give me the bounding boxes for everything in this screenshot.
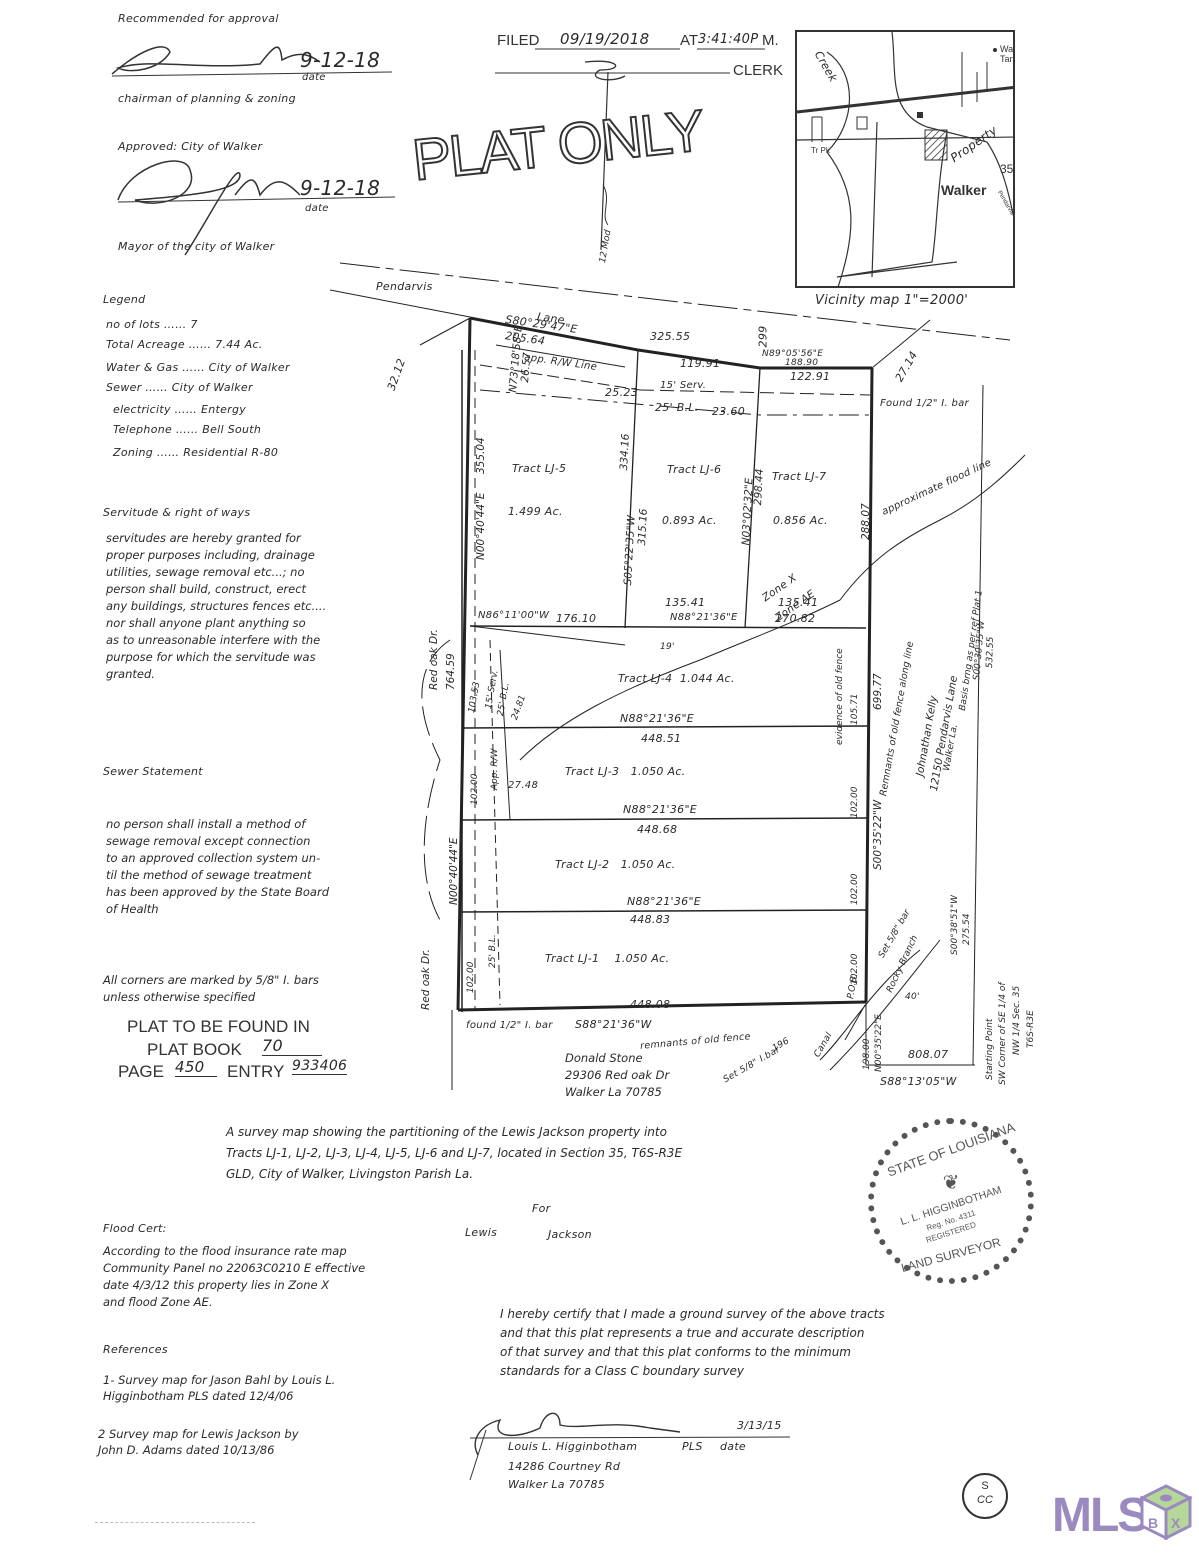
bearing-row-2: N88°21'36"E: [623, 803, 697, 816]
scc-top: S: [964, 1479, 1006, 1493]
reference-line: 1- Survey map for Jason Bahl by Louis L.: [103, 1372, 335, 1388]
street-red-oak-upper: Red oak Dr.: [428, 629, 440, 690]
tract-lj6-acres: 0.893 Ac.: [662, 514, 717, 527]
south-owner-line: Donald Stone: [565, 1050, 669, 1067]
found-bar-ne: Found 1/2" I. bar: [880, 398, 969, 409]
dist-far-right: 275.54: [962, 914, 972, 946]
dist-lj4-top-left: 176.10: [556, 612, 596, 625]
starting-point-1: Starting Point: [985, 1019, 995, 1080]
description-line: Tracts LJ-1, LJ-2, LJ-3, LJ-4, LJ-5, LJ-…: [226, 1143, 682, 1164]
tract-lj4: Tract LJ-4 1.044 Ac.: [618, 672, 735, 685]
dist-right-102-b: 102.00: [850, 874, 860, 906]
bearing-row-3: N88°21'36"E: [627, 895, 701, 908]
description-line: GLD, City of Walker, Livingston Parish L…: [226, 1164, 682, 1185]
street-pendarvis: Pendarvis: [376, 280, 433, 293]
dist-south-ext: 198.00: [862, 1039, 872, 1071]
reference-line: John D. Adams dated 10/13/86: [98, 1442, 299, 1458]
bearing-lj4-top-mid: N88°21'36"E: [670, 612, 738, 623]
south-owner: Donald Stone29306 Red oak DrWalker La 70…: [565, 1050, 669, 1101]
dist-27-48: 27.48: [508, 780, 538, 791]
references-title: References: [103, 1343, 168, 1356]
dist-top-total: 325.55: [650, 330, 690, 343]
bearing-left-side-upper: N00°40'44"E: [475, 492, 487, 560]
surveyor-pls: PLS: [682, 1440, 703, 1453]
certification-line: standards for a Class C boundary survey: [500, 1362, 885, 1381]
bl-25-lower: 25' B.L.: [488, 934, 498, 968]
scc-mark: S CC: [962, 1473, 1008, 1519]
dist-25-23: 25.23: [605, 386, 638, 399]
dist-row-3: 448.83: [630, 913, 670, 926]
surveyor-seal: STATE OF LOUISIANA ❦ L. L. HIGGINBOTHAM …: [868, 1118, 1034, 1284]
surveyor-date-label: date: [720, 1440, 746, 1453]
flood-cert-line: Community Panel no 22063C0210 E effectiv…: [103, 1260, 365, 1277]
flood-cert-line: and flood Zone AE.: [103, 1294, 365, 1311]
south-owner-line: 29306 Red oak Dr: [565, 1067, 669, 1084]
reference-line: Higginbotham PLS dated 12/4/06: [103, 1388, 335, 1404]
tract-lj7-name: Tract LJ-7: [772, 470, 826, 483]
serv-15: 15' Serv.: [660, 380, 706, 391]
dist-right-total: 699.77: [872, 673, 884, 710]
mls-box-cube-icon: B X: [1140, 1484, 1192, 1540]
tract-lj5-acres: 1.499 Ac.: [508, 505, 563, 518]
tract-lj1: Tract LJ-1 1.050 Ac.: [545, 952, 669, 965]
for-label: For: [532, 1202, 550, 1215]
surveyor-address-2: Walker La 70785: [508, 1478, 605, 1491]
dist-far-right-outer: 532.55: [985, 637, 996, 669]
tract-lj2: Tract LJ-2 1.050 Ac.: [555, 858, 675, 871]
bearing-bottom: S88°21'36"W: [575, 1018, 652, 1031]
reference-1: 1- Survey map for Jason Bahl by Louis L.…: [103, 1372, 335, 1404]
dist-top-right: 188.90: [785, 358, 818, 368]
dist-row-2: 448.68: [637, 823, 677, 836]
dist-299: 299: [756, 326, 769, 348]
bearing-left-side-lower: N00°40'44"E: [448, 837, 460, 905]
dist-lj6-left-b: 315.16: [636, 508, 650, 545]
scc-bottom: CC: [964, 1493, 1006, 1507]
dist-right-102-a: 102.00: [850, 787, 860, 819]
flood-cert-line: According to the flood insurance rate ma…: [103, 1243, 365, 1260]
dist-left-102-b: 102.00: [466, 962, 476, 994]
starting-point-2: SW Corner of SE 1/4 of: [998, 982, 1008, 1085]
svg-text:B: B: [1148, 1515, 1158, 1531]
dist-top-right-inner: 122.91: [790, 370, 830, 383]
tract-lj7-acres: 0.856 Ac.: [773, 514, 828, 527]
dist-lj7-left: 298.44: [752, 468, 766, 505]
street-red-oak-lower: Red oak Dr.: [420, 949, 432, 1010]
bearing-lj4-top-left: N86°11'00"W: [478, 610, 549, 621]
certification-line: I hereby certify that I made a ground su…: [500, 1305, 885, 1324]
flood-cert-text: According to the flood insurance rate ma…: [103, 1243, 365, 1311]
starting-point-4: T6S-R3E: [1026, 1010, 1036, 1048]
flood-cert-title: Flood Cert:: [103, 1222, 167, 1235]
dist-left-upper: 355.04: [475, 437, 487, 474]
dist-105-71: 105.71: [850, 694, 860, 726]
tract-lj3: Tract LJ-3 1.050 Ac.: [565, 765, 685, 778]
south-owner-line: Walker La 70785: [565, 1084, 669, 1101]
dist-row-1: 448.51: [641, 732, 681, 745]
dist-left-total: 764.59: [445, 653, 457, 690]
app-rw-left: App. R/W: [490, 749, 500, 791]
scan-artifact-line: [95, 1522, 255, 1523]
bearing-south-ext: N00°35'22"E: [874, 1014, 884, 1072]
client-last-name: Jackson: [548, 1228, 592, 1241]
certification-line: and that this plat represents a true and…: [500, 1324, 885, 1343]
reference-2: 2 Survey map for Lewis Jackson byJohn D.…: [98, 1426, 299, 1458]
tract-lj6-name: Tract LJ-6: [667, 463, 721, 476]
dist-lj4-seg-a: 135.41: [665, 596, 705, 609]
flood-cert-line: date 4/3/12 this property lies in Zone X: [103, 1277, 365, 1294]
certification-date: 3/13/15: [737, 1419, 782, 1432]
dist-25-bl: 25' B.L.: [655, 401, 699, 414]
dist-bottom: 448.08: [630, 998, 670, 1011]
dist-23-60: 23.60: [712, 405, 745, 418]
dist-south: 808.07: [908, 1048, 948, 1061]
certification-line: of that survey and that this plat confor…: [500, 1343, 885, 1362]
bearing-far-right: S00°38'51"W: [950, 895, 960, 955]
bearing-right-side: S00°35'22"W: [872, 800, 884, 870]
dist-left-102-a: 102.00: [470, 774, 480, 806]
bearing-south: S88°13'05"W: [880, 1075, 957, 1088]
reference-line: 2 Survey map for Lewis Jackson by: [98, 1426, 299, 1442]
dist-lj7-right: 288.07: [860, 503, 872, 540]
dist-top-mid: 119.91: [680, 357, 720, 370]
dist-40: 40': [905, 992, 920, 1002]
mls-box-logo-text: MLS: [1052, 1488, 1147, 1543]
tract-lj5-name: Tract LJ-5: [512, 462, 566, 475]
found-bar-sw: found 1/2" I. bar: [466, 1020, 553, 1031]
surveyor-address-1: 14286 Courtney Rd: [508, 1460, 620, 1473]
survey-description: A survey map showing the partitioning of…: [226, 1122, 682, 1185]
dist-lj6-left-a: 334.16: [618, 433, 632, 470]
fence-evidence: evidence of old fence: [835, 648, 845, 745]
bearing-row-1: N88°21'36"E: [620, 712, 694, 725]
starting-point-3: NW 1/4 Sec. 35: [1012, 986, 1022, 1055]
client-first-name: Lewis: [465, 1226, 497, 1239]
svg-text:X: X: [1171, 1515, 1181, 1531]
surveyor-name: Louis L. Higginbotham: [508, 1440, 637, 1453]
surveyor-certification: I hereby certify that I made a ground su…: [500, 1305, 885, 1381]
dist-19: 19': [660, 642, 675, 652]
description-line: A survey map showing the partitioning of…: [226, 1122, 682, 1143]
